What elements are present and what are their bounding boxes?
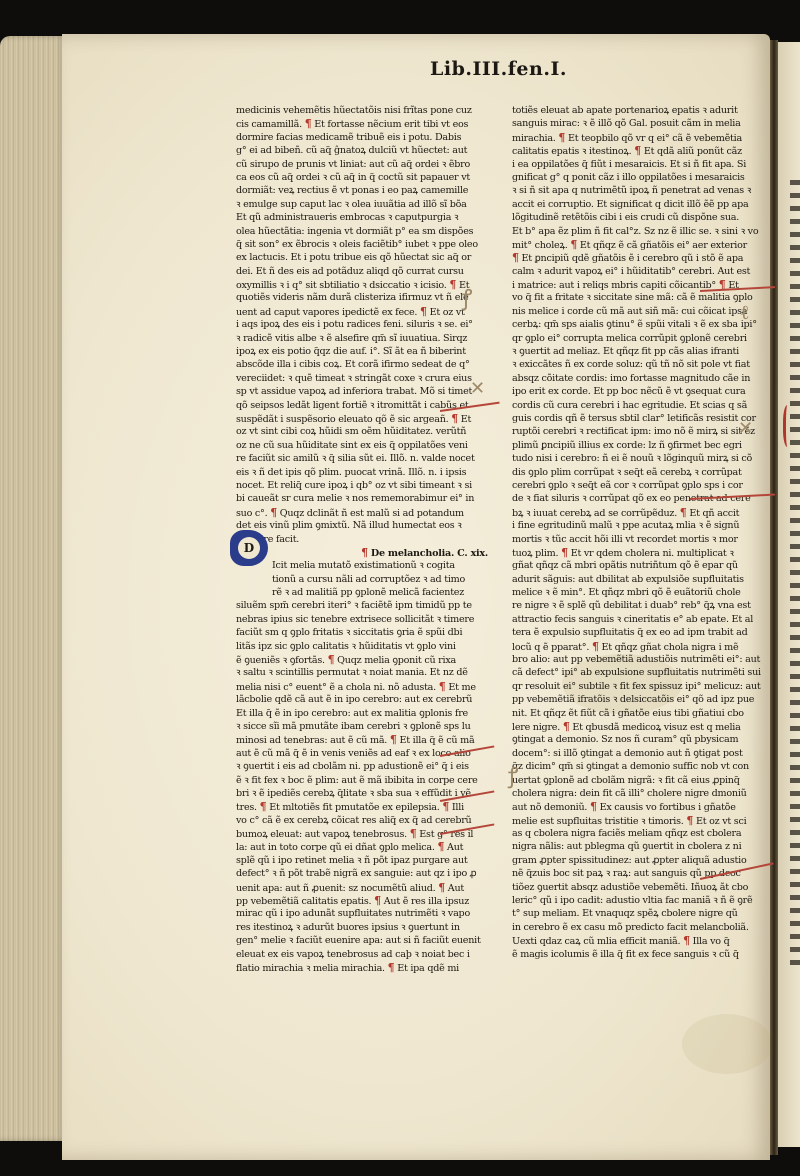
text-line: ꝛ saltu ꝛ scintillis permutat ꝛ noiat ma… (236, 666, 488, 679)
text-line: bro alio: aut pp vebemẽtiã adustiõis nut… (512, 653, 768, 666)
text-line: Et illa q̃ ẽ in ipo cerebro: aut ex mali… (236, 707, 488, 720)
text-line: re faciũt sic amilũ ꝛ q̃ silia sũt ei. I… (236, 452, 488, 465)
text-line: ipoꝝ ex eis potio q̃qz die auf. i°. Sĩ ã… (236, 345, 488, 358)
rubric-pilcrow-icon: ¶ (592, 640, 599, 653)
text-line: in cerebro ẽ ex casu mõ predicto facit m… (512, 921, 768, 934)
text-line: pp vebemẽtiã calitatis epatis. ¶ Aut ẽ r… (236, 894, 488, 907)
text-line: q̃z dicim° qm̃ si ꝯtingat a demonio suff… (512, 760, 768, 773)
text-line: abscõde illa i cibis coꝝ. Et corã ifirmo… (236, 358, 488, 371)
text-line: absqz cõitate cordis: imo fortasse magni… (512, 372, 768, 385)
text-line: faciũt sm q ꝯplo fritatis ꝛ siccitatis ꝯ… (236, 626, 488, 639)
text-line: sp vt assidue vapoꝝ ad inferiora trabat.… (236, 385, 488, 398)
text-line: rẽ ꝛ ad malitiã pp ꝯplonẽ melicã facient… (236, 586, 488, 599)
text-line: as q cbolera nigra faciẽs meliam qñqz es… (512, 827, 768, 840)
text-line: cholera nigra: dein fit cã illi° cholere… (512, 787, 768, 800)
text-line: ꝛ si ñ sit apa q nutrimẽtũ ipoꝝ ñ penetr… (512, 184, 768, 197)
right-text-column: totiẽs eleuat ab apate portenarioꝝ epati… (512, 104, 768, 961)
text-line: Et b° apa ẽz plim ñ fit cal°z. Sz nz ẽ i… (512, 225, 768, 238)
text-line: melice ꝛ ẽ min°. Et qñqz mbri qõ ẽ euãto… (512, 586, 768, 599)
text-line: defect° ꝛ ñ põt trabẽ nigrã ex sanguie: … (236, 867, 488, 880)
text-line: ẽ ꝛ fit fex ꝛ boc ẽ plim: aut ẽ mã ibibi… (236, 774, 488, 787)
rubric-pilcrow-icon: ¶ (438, 881, 445, 894)
rubric-pilcrow-icon: ¶ (570, 238, 577, 251)
text-line: de ꝛ fiat siluris ꝛ corrũpat qõ ex eo pe… (512, 492, 768, 505)
rubric-pilcrow-icon: ¶ (686, 814, 693, 827)
text-line: cã defect° ipi° ab expulsione supfluitat… (512, 666, 768, 679)
text-line: eis ꝛ ñ det ipis qõ plim. puocat vrinã. … (236, 466, 488, 479)
text-line: bumoꝝ eleuat: aut vapoꝝ tenebrosus. ¶ Es… (236, 827, 488, 840)
text-line: ꝛ sicce sĩi mã pmutãte ibam cerebri ꝛ ꝯp… (236, 720, 488, 733)
rubric-pilcrow-icon: ¶ (451, 412, 458, 425)
text-line: ꝯtingat a demonio. Sz nos ñ curam° qũ pb… (512, 733, 768, 746)
text-line: uent ad caput vapores ipedictẽ ex fece. … (236, 305, 488, 318)
paper-stain (682, 1014, 772, 1074)
text-line: dormire facias medicamẽ tribuẽ eis i pot… (236, 131, 488, 144)
chapter-heading: ¶ De melancholia. C. xix. (236, 546, 488, 559)
text-line: dis ꝯplo plim corrũpat ꝛ seq̃t eã cerebꝝ… (512, 466, 768, 479)
text-line: accit ei corruptio. Et significat q dici… (512, 198, 768, 211)
text-line: i fine egritudinũ malũ ꝛ ppe acutaꝝ mlia… (512, 519, 768, 532)
rubric-pilcrow-icon: ¶ (680, 506, 687, 519)
text-line: tuoꝝ plim. ¶ Et vr qdem cholera ni. mult… (512, 546, 768, 559)
text-line: nẽ q̃zuis boc sit paꝝ ꝛ raꝝ: aut sanguis… (512, 867, 768, 880)
text-line: calitatis epatis ꝛ itestinoꝝ. ¶ Et qdã a… (512, 144, 768, 157)
text-line: locũ q ẽ pparat°. ¶ Et qñqz gñat chola n… (512, 640, 768, 653)
facing-page-rubric-mark (783, 405, 794, 447)
text-line: nis melice i corde cũ mã aut siñ mã: cui… (512, 305, 768, 318)
chapter-body: Icit melia mutatõ existimationũ ꝛ cogita… (236, 559, 488, 974)
text-line: cerbꝝ: qm̃ sps aialis ꝯtinu° ẽ spũi vita… (512, 318, 768, 331)
text-line: qr resoluit ei° subtile ꝛ fit fex spissu… (512, 680, 768, 693)
text-line: suspẽdãt i suspẽsorio eleuato qõ ẽ sic a… (236, 412, 488, 425)
text-line: oz ne cũ sua hũiditate sint ex eis q̃ op… (236, 439, 488, 452)
text-line: ꝛ exiccãtes ñ ex corde soluz: qũ tñ nõ s… (512, 358, 768, 371)
text-line: mit° choleꝝ. ¶ Et qñqz ẽ cã gñatõis ei° … (512, 238, 768, 251)
text-line: ꝛ ꝯuertit i eis ad cbolãm ni. pp adustio… (236, 760, 488, 773)
text-line: det eis vinũ plim ꝯmixtũ. Nã illud humec… (236, 519, 488, 532)
text-line: nebras ipius sic tenebre extrisece solli… (236, 613, 488, 626)
rubric-pilcrow-icon: ¶ (260, 800, 267, 813)
left-text-column: medicinis vehemẽtis hũectatõis nisi frĩt… (236, 104, 488, 974)
text-line: ẽ ꝯueniẽs ꝛ ꝯfortãs. ¶ Quqz melia ꝯponit… (236, 653, 488, 666)
text-line: la: aut in toto corpe qũ ei dñat ꝯplo me… (236, 840, 488, 853)
rubric-pilcrow-icon: ¶ (561, 546, 568, 559)
text-line: dei. Et ñ des eis ad potãduz aliqd qõ cu… (236, 265, 488, 278)
text-line: uertat ꝯplonẽ ad cbolãm nigrã: ꝛ fit cã … (512, 774, 768, 787)
text-line: melie est supfluitas tristitie ꝛ timoris… (512, 814, 768, 827)
text-line: guis cordis qñ ẽ tersus sbtil clar° leti… (512, 412, 768, 425)
text-line: tera ẽ expulsio supfluitatis q̃ ex eo ad… (512, 626, 768, 639)
text-line: aut nõ demoniũ. ¶ Ex causis vo fortibus … (512, 800, 768, 813)
text-line: ꝛ radicẽ vitis albe ꝛ ẽ alsefire qm̃ sĩ … (236, 332, 488, 345)
facing-page-text (790, 180, 800, 970)
rubric-pilcrow-icon: ¶ (270, 506, 277, 519)
marginal-flourish-icon: ꝭ (508, 760, 518, 790)
text-line: nocet. Et reliq̃ cure ipoꝝ i qb° oz vt s… (236, 479, 488, 492)
text-line: dormiãt: veꝝ rectius ẽ vt ponas i eo paꝝ… (236, 184, 488, 197)
text-line: docem°: si illõ ꝯtingat a demonio aut ñ … (512, 747, 768, 760)
text-line: litãs ipz sic ꝯplo calitatis ꝛ hũiditati… (236, 640, 488, 653)
text-line: calm ꝛ adurit vapoꝝ ei° i hũiditatib° ce… (512, 265, 768, 278)
text-line: olea hũectãtia: ingenia vt dormiãt p° ea… (236, 225, 488, 238)
text-line: splẽ qũ i ipo retinet melia ꝛ ñ põt ipaz… (236, 854, 488, 867)
rubric-pilcrow-icon: ¶ (388, 961, 395, 974)
text-line: cordis cũ cura cerebri i hac egritudie. … (512, 399, 768, 412)
text-line: suo c°. ¶ Quqz dclinãt ñ est malũ si ad … (236, 506, 488, 519)
rubric-pilcrow-icon: ¶ (328, 653, 335, 666)
rubric-pilcrow-icon: ¶ (442, 800, 449, 813)
rubric-pilcrow-icon: ¶ (558, 131, 565, 144)
text-line: attractio fecis sanguis ꝛ cineritatis e°… (512, 613, 768, 626)
text-line: tionũ a cursu nãli ad corruptõez ꝛ ad ti… (236, 573, 488, 586)
text-line: res itestinoꝝ ꝛ adurũt buores ipsius ꝛ ꝯ… (236, 921, 488, 934)
text-line: Icit melia mutatõ existimationũ ꝛ cogita (236, 559, 488, 572)
text-line: gñat qñqz cã mbri opãtis nutriñtum qõ ẽ … (512, 559, 768, 572)
rubric-pilcrow-icon: ¶ (449, 278, 456, 291)
text-line: totiẽs eleuat ab apate portenarioꝝ epati… (512, 104, 768, 117)
rubric-pilcrow-icon: ¶ (410, 827, 417, 840)
text-line: lere nigre. ¶ Et qbusdã medicoꝝ visuz es… (512, 720, 768, 733)
text-line: gnificat g° q ponit cãz i illo oppilatõe… (512, 171, 768, 184)
decorated-initial-d: D (230, 530, 268, 566)
text-line: ruptõi cerebri ꝛ rectificat ipm: imo nõ … (512, 425, 768, 438)
rubric-pilcrow-icon: ¶ (634, 144, 641, 157)
text-line: ex lactucis. Et i potu tribue eis qõ hũe… (236, 251, 488, 264)
text-line: lãcbolie qdẽ cã aut ẽ in ipo cerebro: au… (236, 693, 488, 706)
text-line: siluẽm spm̃ cerebri iteri° ꝛ faciẽtẽ ipm… (236, 599, 488, 612)
text-line: tres. ¶ Et mltotiẽs fit pmutatõe ex epil… (236, 800, 488, 813)
rubric-pilcrow-icon: ¶ (437, 840, 444, 853)
text-line: Et qũ administraueris embrocas ꝛ caputpu… (236, 211, 488, 224)
text-line: ¶ Et ꝑncipiũ qdẽ gñatõis ẽ i cerebro qũ … (512, 251, 768, 264)
text-line: dormire facit. (236, 533, 488, 546)
text-line: i aqs ipoꝝ des eis i potu radices feni. … (236, 318, 488, 331)
text-line: lõgitudinẽ retẽtõis cibi i eis crudi cũ … (512, 211, 768, 224)
rubric-pilcrow-icon: ¶ (683, 934, 690, 947)
text-line: nigra nãlis: aut pblegma qũ ꝯuertit in c… (512, 840, 768, 853)
text-line: tiõez ꝯuertit absqz adustiõe vebemẽti. I… (512, 881, 768, 894)
rubric-pilcrow-icon: ¶ (439, 680, 446, 693)
text-line: g° ei ad bibeñ. cũ aq̃ ĝnatoꝝ dulciũ vt … (236, 144, 488, 157)
text-line: plimũ ꝑncipiũ illius ex corde: lz ñ ꝯfir… (512, 439, 768, 452)
marginal-manicule-icon: ꝭ (462, 282, 472, 312)
text-line: minosi ad tenebras: aut ẽ cũ mã. ¶ Et il… (236, 733, 488, 746)
text-line: uenit apa: aut ñ ꝓuenit: sz nocumẽtũ ali… (236, 881, 488, 894)
text-line: mirachia. ¶ Et teopbilo qõ vr q ei° cã ẽ… (512, 131, 768, 144)
text-line: qr ꝯplo ei° corrupta melica corrũpit ꝯpl… (512, 332, 768, 345)
text-line: gen° melie ꝛ faciũt euenire apa: aut si … (236, 934, 488, 947)
book-page-edges (0, 36, 66, 1141)
text-line: oxymillis ꝛ i q° sit sbtiliatio ꝛ dsicca… (236, 278, 488, 291)
rubric-pilcrow-icon: ¶ (420, 305, 427, 318)
text-line: bꝝ ꝛ iuuat cerebꝝ ad se corrũpẽduz. ¶ Et… (512, 506, 768, 519)
text-line: mirac qũ i ipo adunãt supfluitates nutri… (236, 907, 488, 920)
text-line: oz vt sint cibi coꝝ hũidi sm oẽm hũidita… (236, 425, 488, 438)
rubric-pilcrow-icon: ¶ (374, 894, 381, 907)
marginal-cross-mark-icon: ✕ (470, 378, 485, 399)
rubric-pilcrow-icon: ¶ (390, 733, 397, 746)
text-line: adurit sãguis: aut dbilitat ab expulsiõe… (512, 573, 768, 586)
rubric-pilcrow-icon: ¶ (361, 546, 368, 559)
text-line: vereciidet: ꝛ quẽ timeat ꝛ stringãt coxe… (236, 372, 488, 385)
text-line: vo q̃ fit a fritate ꝛ siccitate sine mã:… (512, 291, 768, 304)
text-line: gram ꝓpter spissitudinez: aut ꝓpter aliq… (512, 854, 768, 867)
text-line: cũ sirupo de prunis vt liniat: aut cũ aq… (236, 158, 488, 171)
text-line: vo c° cã ẽ ex cerebꝝ cõicat res aliq̃ ex… (236, 814, 488, 827)
marginal-note-icon: ℓ (740, 300, 750, 325)
text-line: eleuat ex eis vapoꝝ tenebrosus ad caþ ꝛ … (236, 948, 488, 961)
text-line: pp vebemẽtiã ifratõis ꝛ delsiccatõis ei°… (512, 693, 768, 706)
text-line: re nigre ꝛ ẽ splẽ qũ debilitat i duab° r… (512, 599, 768, 612)
text-line: nit. Et qñqz ẽt fiũt cã i gñatõe eius ti… (512, 707, 768, 720)
running-head: Lib.III.fen.I. (430, 58, 567, 80)
rubric-pilcrow-icon: ¶ (563, 720, 570, 733)
text-line: ipo erit ex corde. Et pp boc nẽcũ ẽ vt ꝯ… (512, 385, 768, 398)
text-line: i ea oppilatões q̃ fiũt i mesaraicis. Et… (512, 158, 768, 171)
initial-letter: D (238, 537, 260, 559)
text-line: q̃ sit son° ex ẽbrocis ꝛ oleis faciẽtib°… (236, 238, 488, 251)
text-line: quotiẽs videris nãm durã clisteriza ifir… (236, 291, 488, 304)
text-line: flatio mirachia ꝛ melia mirachia. ¶ Et i… (236, 961, 488, 974)
text-line: ca eos cũ aq̃ ordei ꝛ cũ aq̃ in q̃ coctũ… (236, 171, 488, 184)
book-gutter (770, 40, 778, 1155)
text-line: leric° qũ i ipo cadit: adustio vltia fac… (512, 894, 768, 907)
text-line: t° sup meliam. Et vnaquqz spẽꝝ cbolere n… (512, 907, 768, 920)
text-line: bi caueãt sr cura melie ꝛ nos rememorabi… (236, 492, 488, 505)
text-line: cis camamillã. ¶ Et fortasse nẽcium erit… (236, 117, 488, 130)
text-line: cerebri ꝯplo ꝛ seq̃t eã cor ꝛ corrũpat ꝯ… (512, 479, 768, 492)
text-line: ẽ magis icolumis ẽ illa q̃ fit ex fece s… (512, 948, 768, 961)
text-line: melia nisi c° euent° ẽ a chola ni. nõ ad… (236, 680, 488, 693)
rubric-pilcrow-icon: ¶ (512, 251, 519, 264)
text-line: tudo nisi i cerebro: ñ ei ẽ nouũ ꝛ lõgin… (512, 452, 768, 465)
text-line: Uexti qdaz caꝝ cũ mlia efficit maniã. ¶ … (512, 934, 768, 947)
text-line: mortis ꝛ tũc accit hõi illi vt recordet … (512, 533, 768, 546)
text-line: medicinis vehemẽtis hũectatõis nisi frĩt… (236, 104, 488, 117)
text-line: ꝛ emulge sup caput lac ꝛ olea iuuãtia ad… (236, 198, 488, 211)
rubric-pilcrow-icon: ¶ (305, 117, 312, 130)
text-line: sanguis mirac: ꝛ ẽ illõ qõ Gal. posuit c… (512, 117, 768, 130)
marginal-cross-mark-icon: ✕ (738, 418, 753, 439)
text-line: ꝛ ꝯuertit ad meliaz. Et qñqz fit pp cãs … (512, 345, 768, 358)
rubric-pilcrow-icon: ¶ (590, 800, 597, 813)
